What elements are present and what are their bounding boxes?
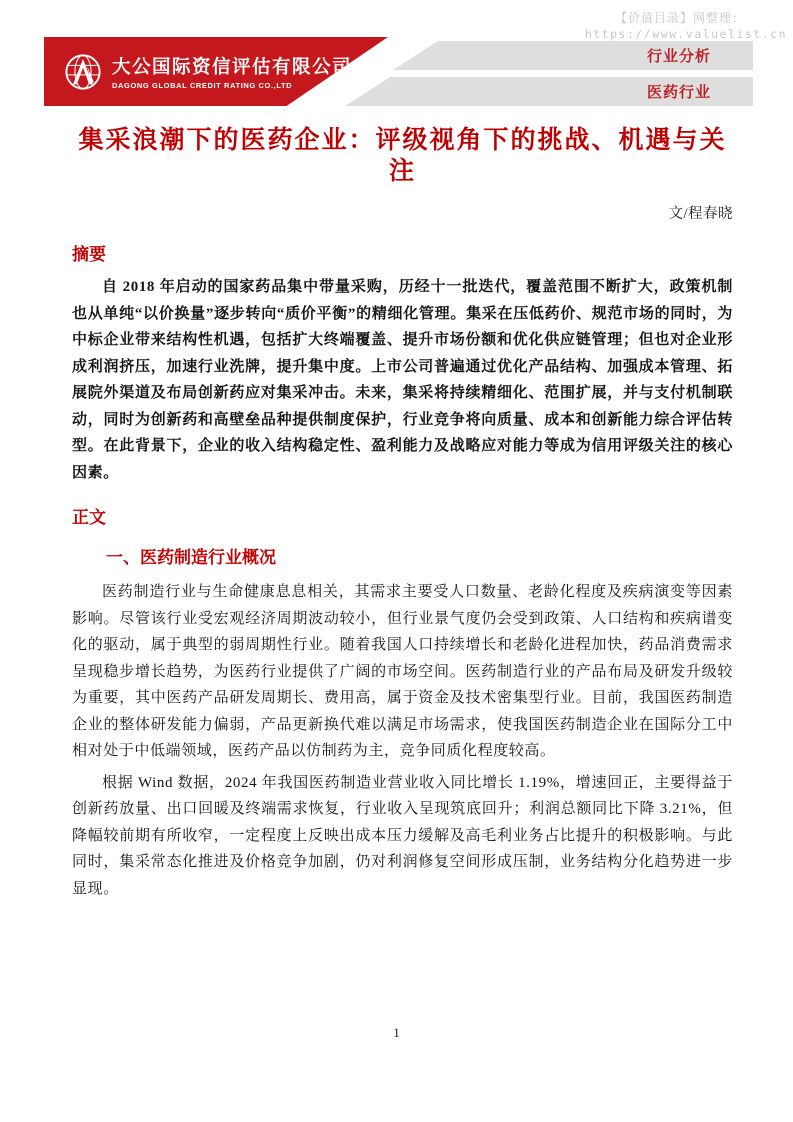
watermark: 【价值目录】网整理： https://www.valuelist.cn	[585, 10, 787, 42]
abstract-paragraph: 自 2018 年启动的国家药品集中带量采购，历经十一批迭代，覆盖范围不断扩大，政…	[72, 274, 733, 486]
tag-pharma-industry-label: 医药行业	[647, 81, 753, 102]
tag-industry-analysis-label: 行业分析	[647, 45, 753, 66]
company-name-en: DAGONG GLOBAL CREDIT RATING CO.,LTD	[112, 81, 352, 90]
tag-bar-pharma-industry: 医药行业	[345, 77, 753, 106]
company-name-cn: 大公国际资信评估有限公司	[112, 53, 352, 79]
watermark-source-text: 【价值目录】网整理：	[585, 10, 787, 26]
dagong-globe-logo-icon	[64, 53, 102, 91]
main-text-heading: 正文	[72, 503, 733, 528]
article-title: 集采浪潮下的医药企业：评级视角下的挑战、机遇与关注	[72, 125, 733, 187]
page-number: 1	[0, 1025, 793, 1041]
company-banner: 大公国际资信评估有限公司 DAGONG GLOBAL CREDIT RATING…	[44, 37, 388, 106]
tag-bar-industry-analysis: 行业分析	[393, 41, 753, 70]
abstract-heading: 摘要	[72, 240, 733, 265]
document-page: 【价值目录】网整理： https://www.valuelist.cn 大公国际…	[0, 0, 793, 1122]
section-1-heading: 一、医药制造行业概况	[72, 543, 733, 568]
watermark-url-text: https://www.valuelist.cn	[585, 26, 787, 42]
article-body: 集采浪潮下的医药企业：评级视角下的挑战、机遇与关注 文/程春晓 摘要 自 201…	[72, 122, 733, 902]
section-1-paragraph-1: 医药制造行业与生命健康息息相关，其需求主要受人口数量、老龄化程度及疾病演变等因素…	[72, 579, 733, 765]
section-1-paragraph-2: 根据 Wind 数据，2024 年我国医药制造业营业收入同比增长 1.19%，增…	[72, 770, 733, 903]
company-name-block: 大公国际资信评估有限公司 DAGONG GLOBAL CREDIT RATING…	[112, 53, 352, 90]
article-byline: 文/程春晓	[72, 202, 733, 223]
